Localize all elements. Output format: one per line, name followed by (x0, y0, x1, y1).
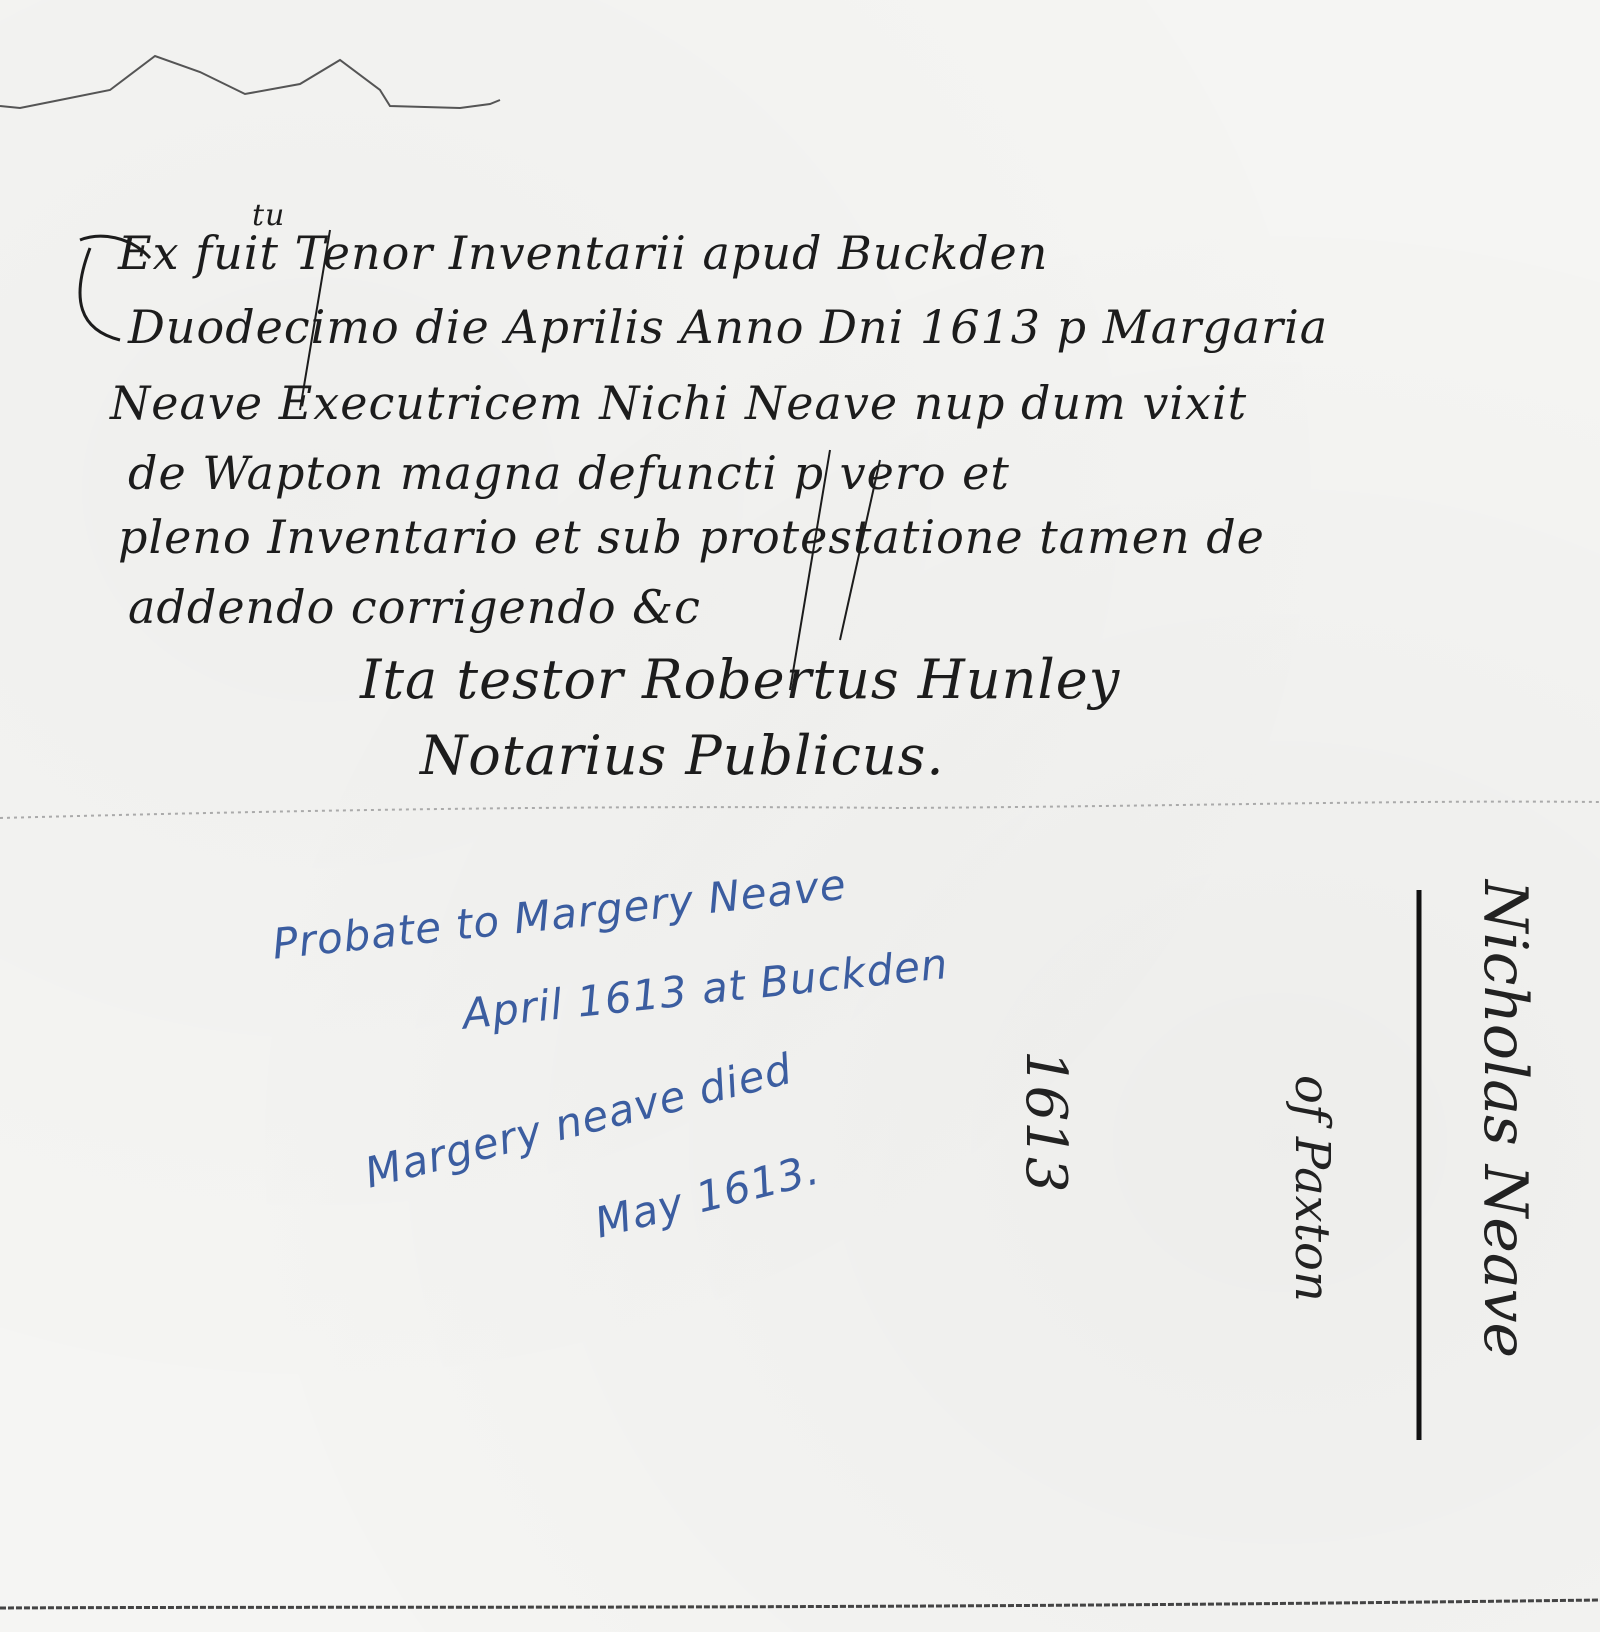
endorsement-place: of Paxton (1284, 1075, 1340, 1302)
latin-line-5: pleno Inventario et sub protestatione ta… (118, 510, 1265, 564)
attestation-line: Ita testor Robertus Hunley (360, 648, 1120, 711)
latin-line-6: addendo corrigendo &c (128, 580, 701, 634)
notary-title: Notarius Publicus. (420, 724, 945, 787)
latin-line-2: Duodecimo die Aprilis Anno Dni 1613 p Ma… (128, 300, 1328, 354)
latin-line-4: de Wapton magna defuncti p vero et (128, 446, 1010, 500)
latin-line-3: Neave Executricem Nichi Neave nup dum vi… (110, 376, 1247, 430)
latin-line-1: Ex fuit Tenor Inventarii apud Buckden (118, 226, 1048, 280)
endorsement-name: Nicholas Neave (1470, 880, 1540, 1358)
endorsement-year: 1613 (1013, 1050, 1078, 1193)
